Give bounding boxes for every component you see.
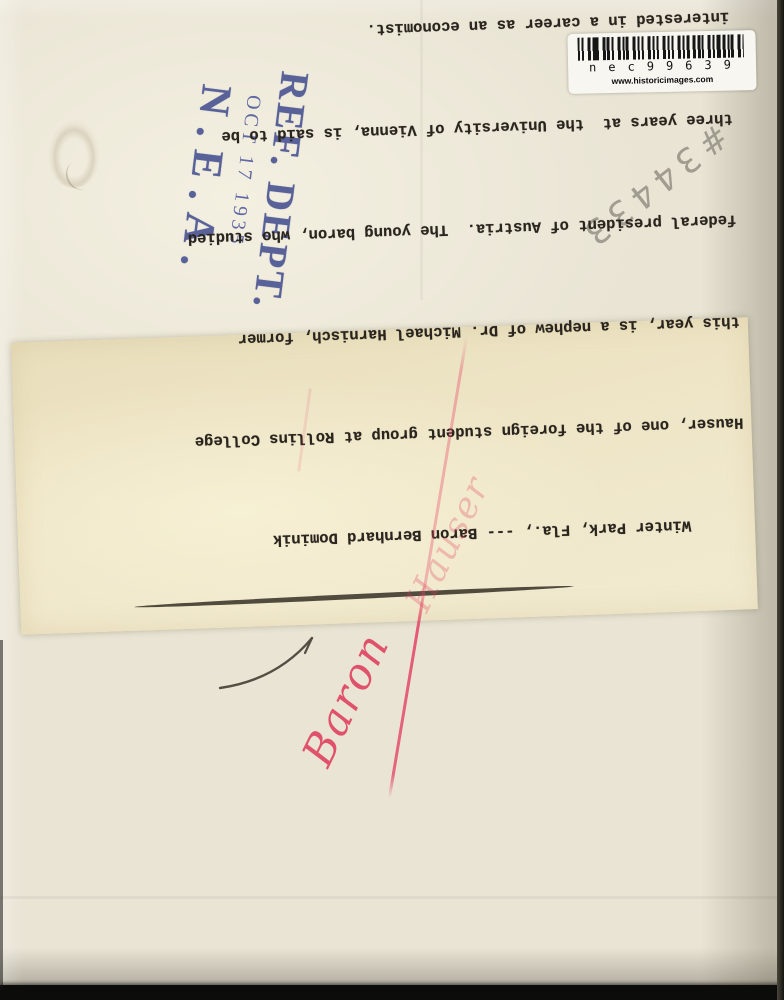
caption-text-block: Winter Park, Fla., --- Baron Bernhard Do…	[0, 0, 758, 633]
barcode-code-text: nec99639	[576, 57, 748, 75]
caption-line: Winter Park, Fla., --- Baron Bernhard Do…	[44, 506, 748, 564]
scanner-edge-right	[777, 0, 784, 1000]
scanned-photo-back: REF. DEPT. OCT 17 1935 N.E.A. #34433 nec…	[0, 0, 784, 1000]
scanner-edge-bottom	[0, 985, 784, 1000]
caption-paper-slip: Winter Park, Fla., --- Baron Bernhard Do…	[11, 317, 758, 635]
caption-line: Hauser, one of the foreign student group…	[40, 405, 744, 463]
barcode-website-text: www.historicimages.com	[568, 73, 756, 87]
scanner-edge-left	[0, 640, 3, 990]
horizontal-crease	[0, 896, 779, 899]
caption-line: three years at the University of Vienna,…	[30, 101, 734, 159]
caption-line: this year, is a nephew of Dr. Michael Ha…	[37, 303, 741, 361]
ink-flourish-mark	[215, 626, 330, 696]
barcode-sticker: nec99639 www.historicimages.com	[567, 30, 756, 94]
caption-line: federal president of Austria. The young …	[33, 202, 737, 260]
